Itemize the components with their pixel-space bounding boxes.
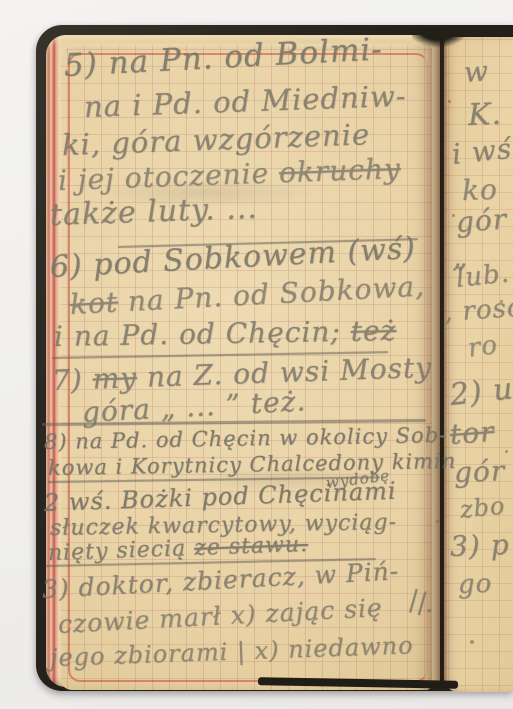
- text-segment: , roso: [443, 292, 513, 327]
- text-segment: zbo: [459, 491, 507, 524]
- text-segment: gór: [455, 202, 508, 238]
- handwritten-line: jego zbiorami | x) niedawno: [50, 631, 415, 672]
- text-segment: my: [92, 361, 137, 396]
- text-segment: też: [350, 314, 396, 348]
- handwriting-fragment: K.: [467, 97, 502, 133]
- foxing-spot: [452, 214, 455, 217]
- foxing-spot: [436, 520, 439, 523]
- foxing-spot: [470, 640, 474, 644]
- handwritten-line: i na Pd. od Chęcin; też: [54, 314, 397, 353]
- text-segment: ze stawu.: [194, 532, 309, 561]
- handwriting-fragment: w: [463, 54, 490, 89]
- handwriting-fragment: lub.: [454, 258, 511, 293]
- text-segment: i na Pd. od Chęcin;: [54, 315, 351, 353]
- handwritten-line: 5) na Pn. od Bolmi-: [63, 31, 383, 84]
- handwritten-line: kowa i Korytnicy Chalcedony kimin: [48, 449, 457, 480]
- text-segment: 3) p: [449, 528, 510, 563]
- notebook-photo: 5) na Pn. od Bolmi-na i Pd. od Miedniw-k…: [0, 0, 513, 709]
- foxing-spot: [505, 450, 508, 453]
- handwriting-fragment: tor: [449, 415, 496, 451]
- text-segment: 7): [51, 363, 93, 397]
- text-segment: ||.: [406, 585, 439, 619]
- text-segment: kowa i Korytnicy Chalcedony kimin: [48, 449, 457, 480]
- handwritten-line: ||.: [406, 585, 439, 619]
- handwriting-fragment: i wś: [450, 132, 513, 171]
- text-segment: kot: [69, 286, 119, 321]
- text-segment: 5) na Pn. od Bolmi-: [63, 31, 383, 84]
- handwriting-fragment: gór: [455, 202, 508, 238]
- foxing-spot: [448, 100, 451, 103]
- handwriting-fragment: , roso: [443, 292, 513, 327]
- text-segment: ko: [461, 173, 498, 207]
- handwriting-fragment: ro: [466, 330, 500, 364]
- text-segment: okruchy: [278, 152, 401, 189]
- text-segment: nięty siecią: [48, 536, 195, 566]
- handwritten-line: także luty. ...: [49, 191, 258, 233]
- text-segment: lub.: [454, 258, 511, 293]
- handwriting-fragment: 2) u: [448, 371, 513, 412]
- handwriting-fragment: zbo: [459, 491, 507, 524]
- text-segment: 2) u: [448, 371, 513, 412]
- handwriting-layer: 5) na Pn. od Bolmi-na i Pd. od Miedniw-k…: [0, 0, 513, 709]
- text-segment: go: [457, 569, 492, 600]
- text-segment: w: [463, 54, 490, 89]
- text-segment: ro: [466, 330, 500, 364]
- text-segment: gór: [453, 454, 505, 489]
- text-segment: jego zbiorami | x) niedawno: [50, 631, 415, 672]
- text-segment: tor: [449, 415, 496, 451]
- text-segment: K.: [467, 97, 502, 133]
- handwriting-fragment: gór: [453, 454, 505, 489]
- text-segment: i wś: [450, 132, 513, 171]
- foxing-spot: [500, 300, 503, 303]
- text-segment: także luty. ...: [49, 191, 258, 233]
- handwriting-fragment: ko: [461, 173, 498, 207]
- handwriting-fragment: go: [457, 569, 492, 600]
- handwriting-fragment: 3) p: [449, 528, 510, 563]
